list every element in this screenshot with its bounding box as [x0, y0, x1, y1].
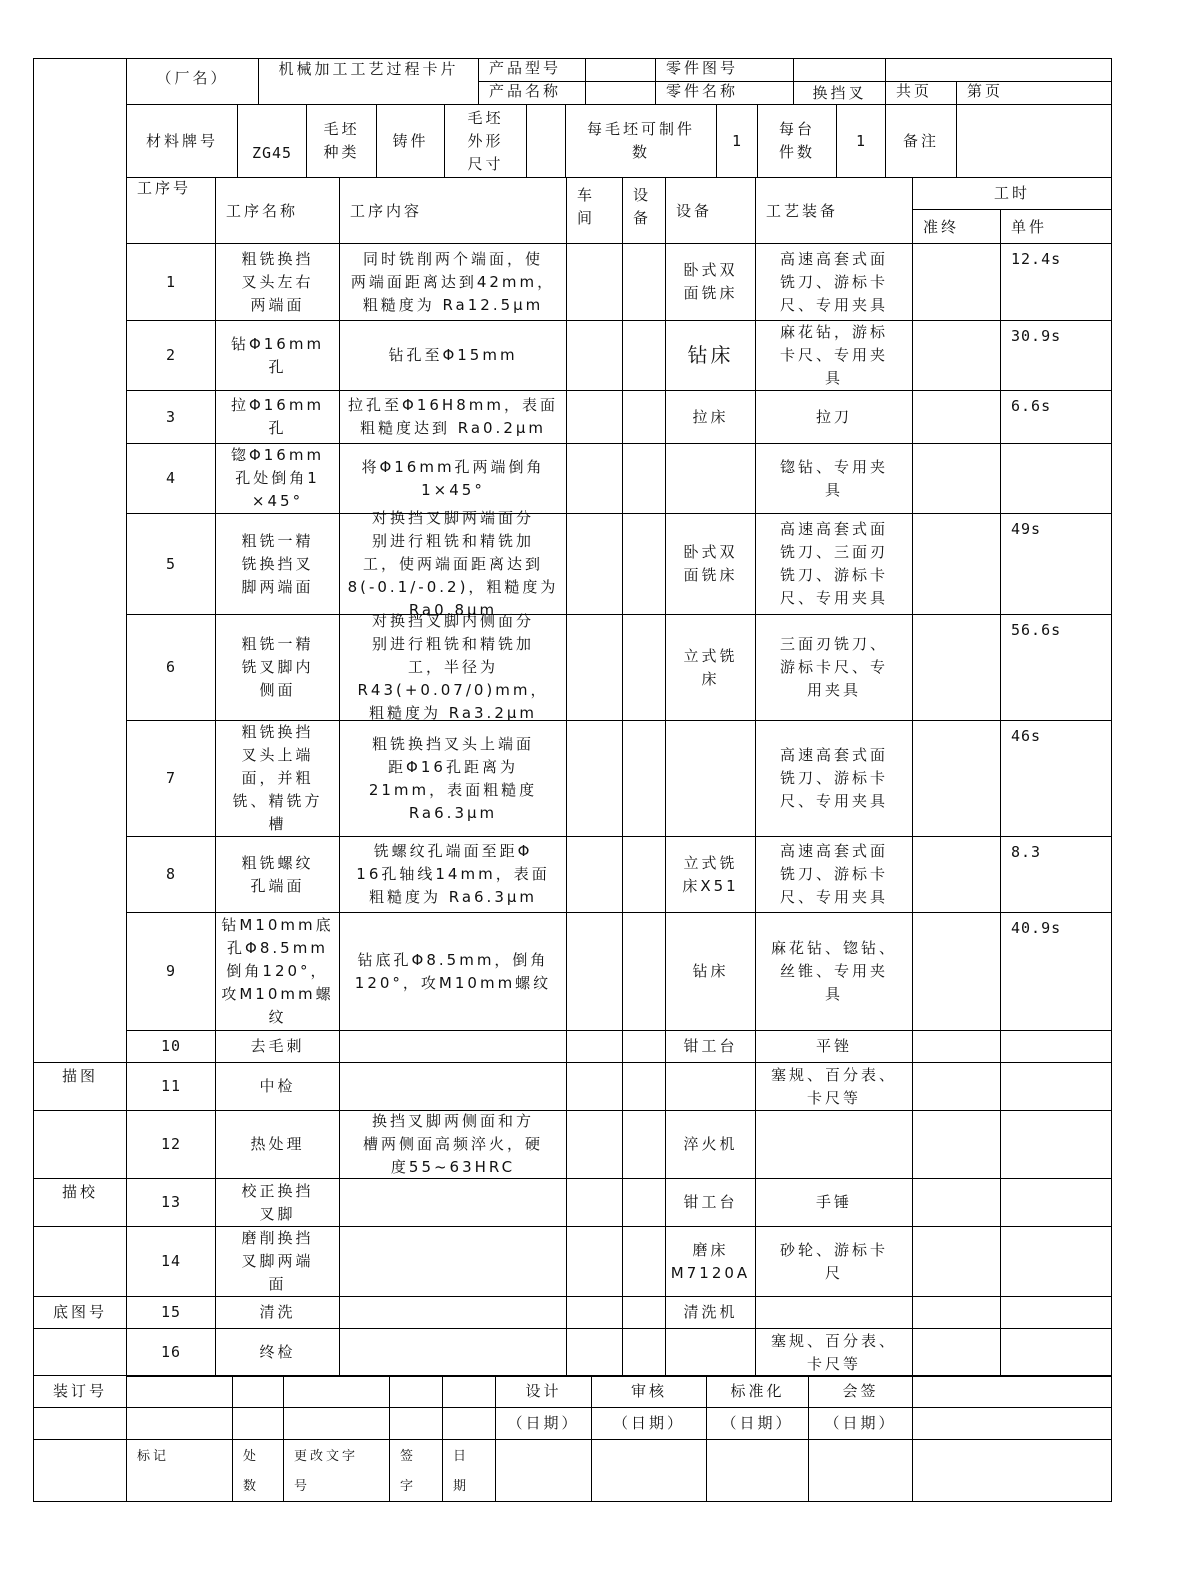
op-unit-time	[1000, 1178, 1112, 1227]
footer-standardize-date[interactable]: （日期）	[706, 1407, 809, 1440]
card-title: 机械加工工艺过程卡片	[258, 58, 479, 105]
op-no: 3	[126, 390, 216, 444]
op-unit-time	[1000, 1030, 1112, 1063]
col-header-section: 设 备	[622, 177, 666, 244]
op-unit-time	[1000, 443, 1112, 514]
op-tooling: 麻花钻、锪钻、 丝锥、专用夹 具	[755, 912, 913, 1031]
op-section[interactable]	[622, 1062, 666, 1111]
op-workshop[interactable]	[566, 1178, 623, 1227]
op-no: 10	[126, 1030, 216, 1063]
op-equipment: 淬火机	[665, 1110, 756, 1179]
op-equipment: 钻床	[665, 912, 756, 1031]
page-number-label: 第页	[956, 81, 1112, 105]
op-no: 16	[126, 1328, 216, 1377]
remarks-value[interactable]	[956, 104, 1112, 178]
op-name: 粗铣换挡 叉头左右 两端面	[215, 243, 340, 321]
col-header-unit-time: 单件	[1000, 209, 1112, 244]
pieces-per-blank-label: 每毛坯可制件 数	[565, 104, 717, 178]
op-content: 粗铣换挡叉头上端面 距Φ16孔距离为 21mm，表面粗糙度 Ra6.3μm	[339, 720, 567, 837]
op-name: 拉Φ16mm 孔	[215, 390, 340, 444]
op-no: 11	[126, 1062, 216, 1111]
op-setup-time[interactable]	[912, 1328, 1001, 1377]
op-workshop[interactable]	[566, 1226, 623, 1297]
op-content: 同时铣削两个端面，使 两端面距离达到42mm， 粗糙度为 Ra12.5μm	[339, 243, 567, 321]
op-equipment	[665, 443, 756, 514]
op-section[interactable]	[622, 912, 666, 1031]
product-model-label: 产品型号	[478, 58, 586, 82]
op-section[interactable]	[622, 1296, 666, 1329]
op-tooling: 手锤	[755, 1178, 913, 1227]
op-name: 钻Φ16mm 孔	[215, 320, 340, 391]
op-unit-time	[1000, 1328, 1112, 1377]
op-setup-time[interactable]	[912, 1296, 1001, 1329]
op-content: 钻孔至Φ15mm	[339, 320, 567, 391]
op-equipment: 钳工台	[665, 1178, 756, 1227]
op-workshop[interactable]	[566, 1296, 623, 1329]
col-header-work-hours: 工时	[912, 177, 1112, 210]
op-no: 12	[126, 1110, 216, 1179]
op-equipment	[665, 1062, 756, 1111]
op-equipment: 卧式双 面铣床	[665, 243, 756, 321]
footer-cell	[442, 1407, 496, 1440]
op-unit-time	[1000, 1110, 1112, 1179]
footer-mark-label: 标记	[126, 1439, 233, 1502]
part-drawing-no-value[interactable]	[793, 58, 886, 82]
col-header-op-no: 工序号	[126, 177, 216, 244]
footer-review-date[interactable]: （日期）	[591, 1407, 707, 1440]
op-setup-time[interactable]	[912, 443, 1001, 514]
op-no: 14	[126, 1226, 216, 1297]
op-equipment: 磨床 M7120A	[665, 1226, 756, 1297]
part-name-label: 零件名称	[655, 81, 794, 105]
footer-count-label: 处 数	[232, 1439, 284, 1502]
op-unit-time: 12.4s	[1000, 243, 1112, 321]
col-header-workshop: 车 间	[566, 177, 623, 244]
op-section[interactable]	[622, 320, 666, 391]
side-label-trace: 描图	[33, 1062, 127, 1111]
footer-cell	[126, 1407, 233, 1440]
op-tooling: 三面刃铣刀、 游标卡尺、专 用夹具	[755, 614, 913, 721]
op-workshop[interactable]	[566, 513, 623, 615]
op-name: 清洗	[215, 1296, 340, 1329]
op-name: 去毛刺	[215, 1030, 340, 1063]
left-margin-blank-2	[33, 1226, 127, 1297]
op-unit-time	[1000, 1226, 1112, 1297]
op-tooling: 锪钻、专用夹 具	[755, 443, 913, 514]
op-section[interactable]	[622, 720, 666, 837]
footer-cell	[442, 1375, 496, 1408]
blank-type-label: 毛坯 种类	[306, 104, 377, 178]
op-section[interactable]	[622, 614, 666, 721]
left-margin-top	[33, 58, 127, 1063]
op-setup-time[interactable]	[912, 243, 1001, 321]
left-margin-blank-3	[33, 1328, 127, 1376]
op-workshop[interactable]	[566, 443, 623, 514]
col-header-setup-time: 准终	[912, 209, 1001, 244]
op-equipment: 卧式双 面铣床	[665, 513, 756, 615]
op-content	[339, 1296, 567, 1329]
footer-cell	[126, 1375, 233, 1408]
op-no: 8	[126, 836, 216, 913]
col-header-equipment: 设备	[665, 177, 756, 244]
op-tooling	[755, 1296, 913, 1329]
op-setup-time[interactable]	[912, 614, 1001, 721]
op-setup-time[interactable]	[912, 1030, 1001, 1063]
op-setup-time[interactable]	[912, 1178, 1001, 1227]
left-margin-blank-1	[33, 1110, 127, 1179]
footer-date-label: 日 期	[442, 1439, 496, 1502]
op-name: 粗铣螺纹 孔端面	[215, 836, 340, 913]
footer-signature-label: 签 字	[389, 1439, 443, 1502]
op-tooling: 平锉	[755, 1030, 913, 1063]
op-setup-time[interactable]	[912, 836, 1001, 913]
material-label: 材料牌号	[126, 104, 238, 178]
op-tooling: 高速高套式面 铣刀、游标卡 尺、专用夹具	[755, 243, 913, 321]
op-section[interactable]	[622, 443, 666, 514]
op-unit-time: 40.9s	[1000, 912, 1112, 1031]
op-name: 终检	[215, 1328, 340, 1377]
op-no: 15	[126, 1296, 216, 1329]
part-name-value: 换挡叉	[793, 81, 886, 105]
footer-countersign-date[interactable]: （日期）	[808, 1407, 913, 1440]
op-workshop[interactable]	[566, 720, 623, 837]
op-content: 将Φ16mm孔两端倒角 1×45°	[339, 443, 567, 514]
op-equipment: 拉床	[665, 390, 756, 444]
op-workshop[interactable]	[566, 243, 623, 321]
pieces-per-blank-value: 1	[716, 104, 758, 178]
op-tooling: 高速高套式面 铣刀、三面刃 铣刀、游标卡 尺、专用夹具	[755, 513, 913, 615]
part-drawing-no-label: 零件图号	[655, 58, 794, 82]
footer-design-date[interactable]: （日期）	[495, 1407, 592, 1440]
product-model-value[interactable]	[585, 58, 656, 82]
op-content: 拉孔至Φ16H8mm，表面 粗糙度达到 Ra0.2μm	[339, 390, 567, 444]
op-name: 粗铣换挡 叉头上端 面，并粗 铣、精铣方 槽	[215, 720, 340, 837]
footer-review-label: 审核	[591, 1375, 707, 1408]
op-setup-time[interactable]	[912, 1062, 1001, 1111]
op-setup-time[interactable]	[912, 912, 1001, 1031]
header-blank-top-right	[885, 58, 1112, 82]
op-name: 中检	[215, 1062, 340, 1111]
op-tooling: 砂轮、游标卡 尺	[755, 1226, 913, 1297]
product-name-value[interactable]	[585, 81, 656, 105]
op-tooling: 塞规、百分表、 卡尺等	[755, 1062, 913, 1111]
footer-cell	[232, 1407, 284, 1440]
product-name-label: 产品名称	[478, 81, 586, 105]
op-section[interactable]	[622, 1178, 666, 1227]
op-name: 钻M10mm底 孔Φ8.5mm 倒角120°， 攻M10mm螺 纹	[215, 912, 340, 1031]
footer-standardize-label: 标准化	[706, 1375, 809, 1408]
left-margin-blank-4	[33, 1407, 127, 1440]
factory-name: （厂名）	[126, 58, 259, 105]
pieces-per-unit-label: 每台 件数	[757, 104, 837, 178]
op-content: 对换挡叉脚两端面分 别进行粗铣和精铣加 工，使两端面距离达到 8(-0.1/-0…	[339, 513, 567, 615]
op-no: 5	[126, 513, 216, 615]
op-section[interactable]	[622, 1030, 666, 1063]
op-workshop[interactable]	[566, 1030, 623, 1063]
op-no: 4	[126, 443, 216, 514]
op-no: 2	[126, 320, 216, 391]
col-header-op-name: 工序名称	[215, 177, 340, 244]
op-tooling: 麻花钻，游标 卡尺、专用夹 具	[755, 320, 913, 391]
material-value: ZG45	[237, 104, 307, 178]
footer-cell	[283, 1375, 390, 1408]
op-name: 热处理	[215, 1110, 340, 1179]
op-unit-time: 8.3	[1000, 836, 1112, 913]
pieces-per-unit-value: 1	[836, 104, 886, 178]
col-header-op-content: 工序内容	[339, 177, 567, 244]
col-header-tooling: 工艺装备	[755, 177, 913, 244]
op-unit-time	[1000, 1296, 1112, 1329]
op-no: 6	[126, 614, 216, 721]
op-workshop[interactable]	[566, 320, 623, 391]
op-unit-time	[1000, 1062, 1112, 1111]
op-equipment: 立式铣 床	[665, 614, 756, 721]
footer-cell	[912, 1375, 1112, 1408]
op-setup-time[interactable]	[912, 720, 1001, 837]
op-content	[339, 1062, 567, 1111]
op-no: 9	[126, 912, 216, 1031]
op-equipment: 钳工台	[665, 1030, 756, 1063]
op-equipment: 钻床	[665, 320, 756, 391]
op-section[interactable]	[622, 390, 666, 444]
footer-cell	[232, 1375, 284, 1408]
op-no: 13	[126, 1178, 216, 1227]
side-label-base-drawing-no: 底图号	[33, 1296, 127, 1329]
op-unit-time: 6.6s	[1000, 390, 1112, 444]
op-name: 粗铣一精 铣换挡叉 脚两端面	[215, 513, 340, 615]
footer-design-label: 设计	[495, 1375, 592, 1408]
op-no: 1	[126, 243, 216, 321]
op-name: 校正换挡 叉脚	[215, 1178, 340, 1227]
op-unit-time: 49s	[1000, 513, 1112, 615]
op-content	[339, 1226, 567, 1297]
op-content	[339, 1030, 567, 1063]
op-unit-time: 30.9s	[1000, 320, 1112, 391]
op-workshop[interactable]	[566, 1328, 623, 1377]
op-name: 粗铣一精 铣叉脚内 侧面	[215, 614, 340, 721]
op-equipment: 清洗机	[665, 1296, 756, 1329]
op-workshop[interactable]	[566, 1062, 623, 1111]
op-content: 换挡叉脚两侧面和方 槽两侧面高频淬火，硬 度55~63HRC	[339, 1110, 567, 1179]
op-unit-time: 46s	[1000, 720, 1112, 837]
op-name: 锪Φ16mm 孔处倒角1 ×45°	[215, 443, 340, 514]
op-setup-time[interactable]	[912, 1110, 1001, 1179]
blank-type-value: 铸件	[376, 104, 445, 178]
footer-countersign-label: 会签	[808, 1375, 913, 1408]
op-tooling: 高速高套式面 铣刀、游标卡 尺、专用夹具	[755, 720, 913, 837]
op-setup-time[interactable]	[912, 320, 1001, 391]
total-pages-label: 共页	[885, 81, 957, 105]
blank-size-value[interactable]	[526, 104, 566, 178]
op-equipment	[665, 720, 756, 837]
op-workshop[interactable]	[566, 1110, 623, 1179]
op-setup-time[interactable]	[912, 390, 1001, 444]
op-section[interactable]	[622, 836, 666, 913]
blank-size-label: 毛坯 外形 尺寸	[444, 104, 527, 178]
side-label-binding-no: 装订号	[33, 1375, 127, 1408]
op-tooling	[755, 1110, 913, 1179]
op-workshop[interactable]	[566, 912, 623, 1031]
op-unit-time: 56.6s	[1000, 614, 1112, 721]
footer-change-doc-no-label: 更改文字 号	[283, 1439, 390, 1502]
op-setup-time[interactable]	[912, 513, 1001, 615]
op-section[interactable]	[622, 1226, 666, 1297]
op-section[interactable]	[622, 1110, 666, 1179]
footer-cell	[591, 1439, 707, 1502]
left-margin-blank-5	[33, 1439, 127, 1502]
op-workshop[interactable]	[566, 390, 623, 444]
side-label-trace-check: 描校	[33, 1178, 127, 1227]
op-workshop[interactable]	[566, 614, 623, 721]
footer-cell	[706, 1439, 809, 1502]
footer-cell	[912, 1407, 1112, 1440]
op-section[interactable]	[622, 1328, 666, 1377]
op-content: 钻底孔Φ8.5mm，倒角 120°，攻M10mm螺纹	[339, 912, 567, 1031]
op-name: 磨削换挡 叉脚两端 面	[215, 1226, 340, 1297]
footer-cell	[912, 1439, 1112, 1502]
op-no: 7	[126, 720, 216, 837]
op-tooling: 塞规、百分表、 卡尺等	[755, 1328, 913, 1377]
op-tooling: 高速高套式面 铣刀、游标卡 尺、专用夹具	[755, 836, 913, 913]
footer-cell	[495, 1439, 592, 1502]
op-content	[339, 1328, 567, 1377]
footer-cell	[283, 1407, 390, 1440]
op-section[interactable]	[622, 513, 666, 615]
op-content: 对换挡叉脚内侧面分 别进行粗铣和精铣加 工，半径为 R43(+0.07/0)mm…	[339, 614, 567, 721]
op-section[interactable]	[622, 243, 666, 321]
footer-cell	[389, 1407, 443, 1440]
op-workshop[interactable]	[566, 836, 623, 913]
op-equipment: 立式铣 床X51	[665, 836, 756, 913]
op-content	[339, 1178, 567, 1227]
op-equipment	[665, 1328, 756, 1377]
footer-cell	[389, 1375, 443, 1408]
remarks-label: 备注	[885, 104, 957, 178]
op-content: 铣螺纹孔端面至距Φ 16孔轴线14mm，表面 粗糙度为 Ra6.3μm	[339, 836, 567, 913]
op-tooling: 拉刀	[755, 390, 913, 444]
footer-cell	[808, 1439, 913, 1502]
op-setup-time[interactable]	[912, 1226, 1001, 1297]
